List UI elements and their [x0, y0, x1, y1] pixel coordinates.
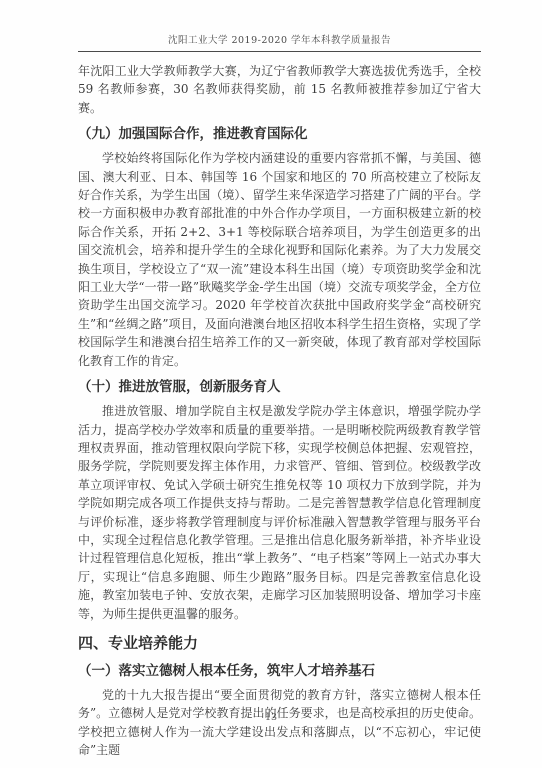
section-9-paragraph: 学校始终将国际化作为学校内涵建设的重要内容常抓不懈，与美国、德国、澳大利亚、日本…: [78, 149, 481, 370]
section-10-paragraph: 推进放管服、增加学院自主权是激发学院办学主体意识，增强学院办学活力，提高学校办学…: [78, 402, 481, 623]
document-page: 沈阳工业大学 2019-2020 学年本科教学质量报告 年沈阳工业大学教师教学大…: [0, 0, 542, 768]
section-10-heading: （十）推进放管服，创新服务育人: [78, 377, 481, 397]
section-9-heading: （九）加强国际合作，推进教育国际化: [78, 124, 481, 144]
header-title: 沈阳工业大学 2019-2020 学年本科教学质量报告: [168, 35, 391, 46]
paragraph-continuation: 年沈阳工业大学教师教学大赛，为辽宁省教师教学大赛选拔优秀选手，全校 59 名教师…: [78, 62, 481, 117]
page-number: 13: [0, 712, 542, 723]
content-area: 年沈阳工业大学教师教学大赛，为辽宁省教师教学大赛选拔优秀选手，全校 59 名教师…: [78, 62, 481, 760]
section-4-1-heading: （一）落实立德树人根本任务，筑牢人才培养基石: [78, 661, 481, 681]
chapter-4-heading: 四、专业培养能力: [78, 632, 481, 654]
page-header: 沈阳工业大学 2019-2020 学年本科教学质量报告: [78, 32, 481, 52]
